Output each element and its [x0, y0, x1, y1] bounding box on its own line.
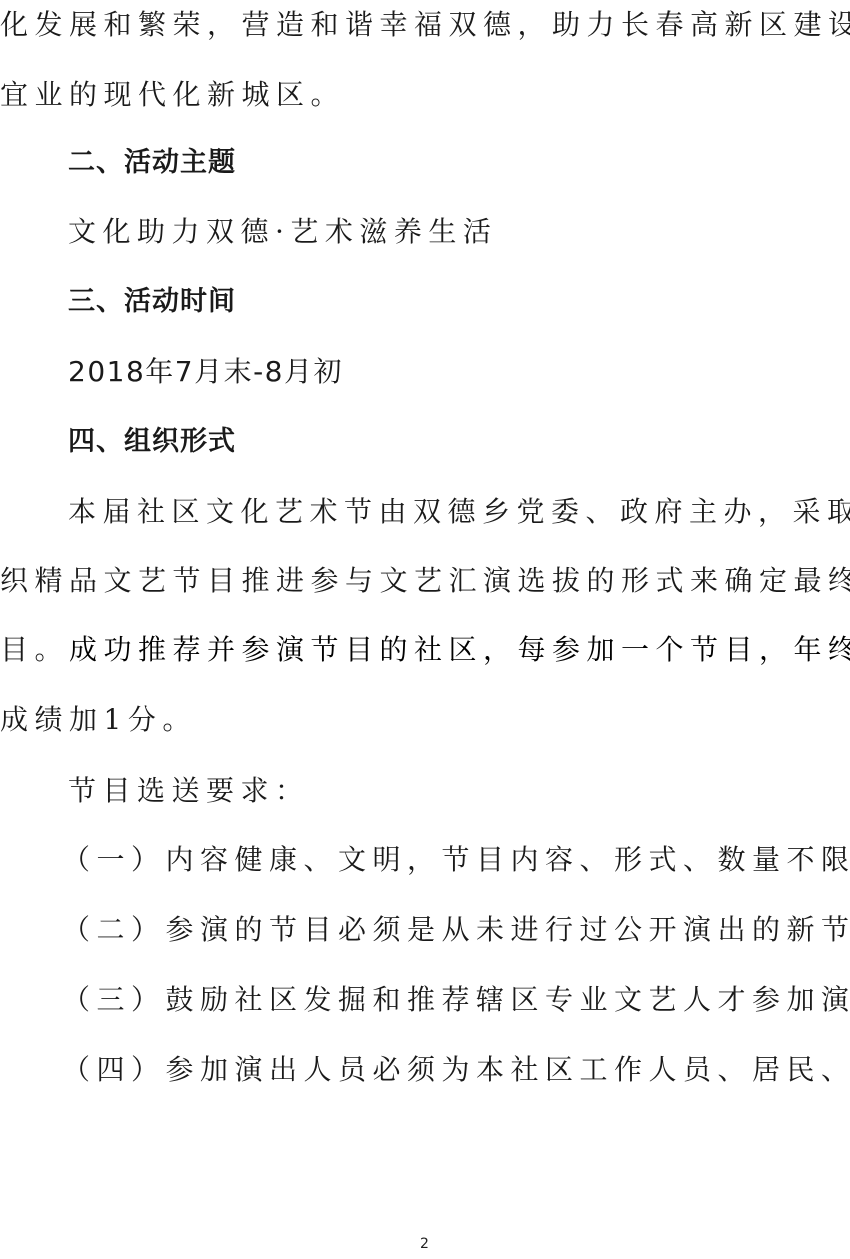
page-number: 2: [420, 1236, 429, 1252]
requirements-title: 节目选送要求：: [68, 771, 310, 811]
paragraph-line: 目。成功推荐并参演节目的社区，每参加一个节目，年终考核总: [0, 630, 850, 670]
requirement-item: （二）参演的节目必须是从未进行过公开演出的新节目。: [62, 910, 850, 950]
paragraph-line: 化发展和繁荣，营造和谐幸福双德，助力长春高新区建设成宜居: [0, 5, 850, 45]
paragraph-fragment: 目。: [0, 633, 69, 666]
time-text: 2018年7月末-8月初: [68, 352, 343, 392]
section-heading-time: 三、活动时间: [68, 282, 236, 322]
bonus-rule-text: 成功推荐并参演节目的社区，每参加一个节目，年终考核总: [69, 633, 850, 666]
bonus-rule-text-cont: 成绩加1分。: [0, 700, 197, 740]
section-heading-organization: 四、组织形式: [68, 422, 236, 462]
requirement-item: （四）参加演出人员必须为本社区工作人员、居民、驻区企: [62, 1050, 850, 1090]
requirement-item: （一）内容健康、文明，节目内容、形式、数量不限。: [62, 840, 850, 880]
paragraph-line: 本届社区文化艺术节由双德乡党委、政府主办，采取社区组: [68, 492, 850, 532]
section-heading-theme: 二、活动主题: [68, 143, 236, 183]
paragraph-line: 织精品文艺节目推进参与文艺汇演选拔的形式来确定最终参演节: [0, 561, 850, 601]
paragraph-line: 宜业的现代化新城区。: [0, 75, 345, 115]
theme-text: 文化助力双德·艺术滋养生活: [68, 212, 497, 252]
requirement-item: （三）鼓励社区发掘和推荐辖区专业文艺人才参加演出。: [62, 980, 850, 1020]
